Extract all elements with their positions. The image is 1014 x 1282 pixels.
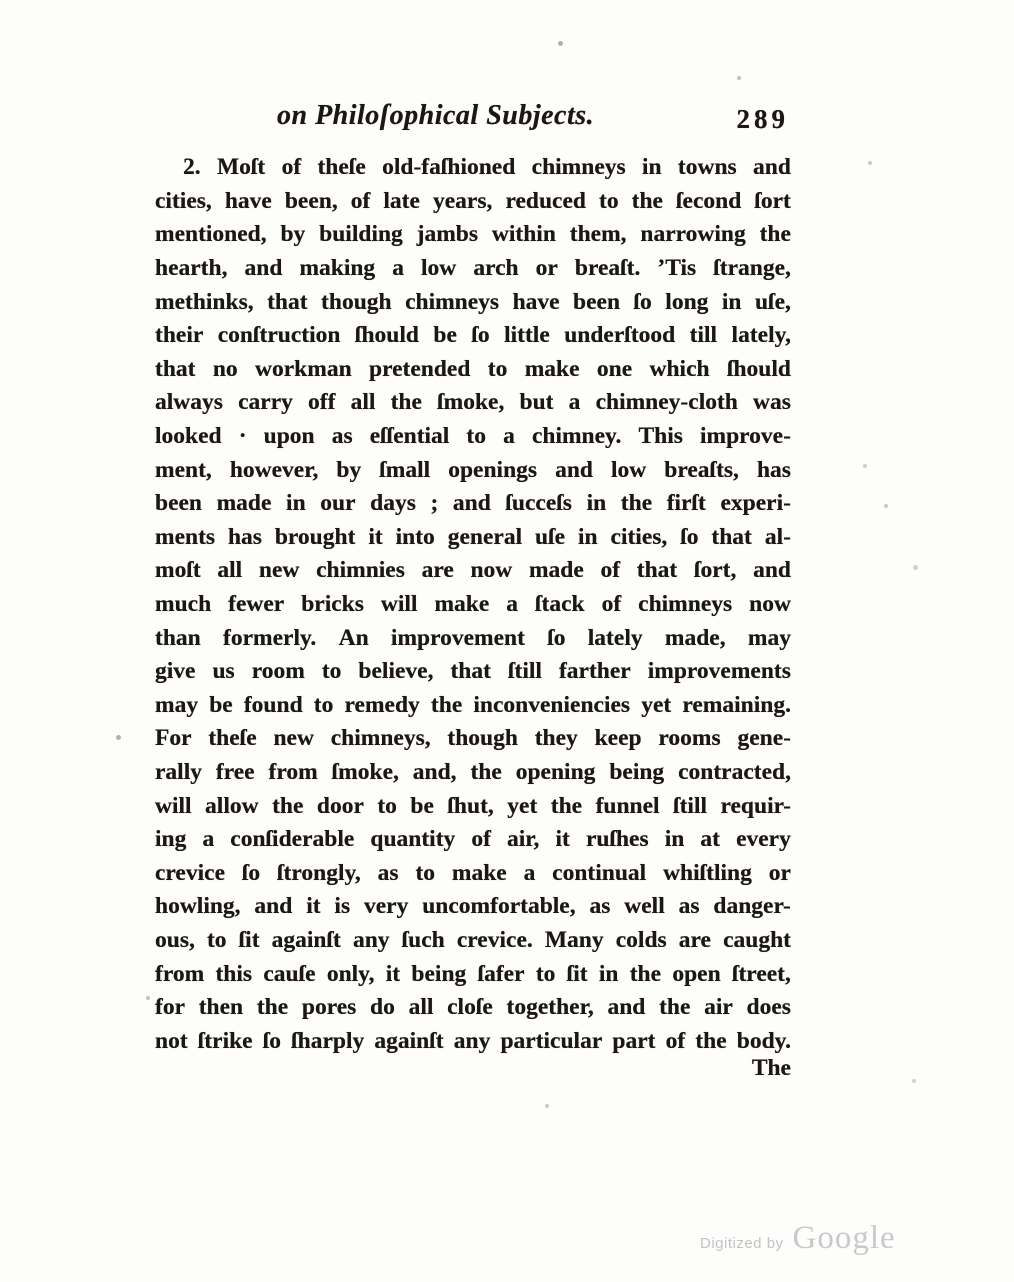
text-line: beenmadeinourdays;andſucceſsinthefirſtex… <box>155 487 791 521</box>
text-line: moſtallnewchimniesarenowmadeofthatſort,a… <box>155 554 791 588</box>
watermark-prefix: Digitized by <box>700 1235 784 1252</box>
text-line: willallowthedoortobeſhut,yetthefunnelſti… <box>155 789 791 823</box>
scan-speck <box>884 504 888 508</box>
scan-speck <box>912 1079 916 1083</box>
catchword: The <box>155 1052 791 1086</box>
text-line: ous,toſitagainſtanyſuchcrevice.Manycolds… <box>155 924 791 958</box>
text-line: thatnoworkmanpretendedtomakeonewhichſhou… <box>155 353 791 387</box>
text-line: theirconſtructionſhouldbeſolittleunderſt… <box>155 319 791 353</box>
text-line: creviceſoſtrongly,astomakeacontinualwhiſ… <box>155 856 791 890</box>
text-line: 2.Moſtoftheſeold-faſhionedchimneysintown… <box>155 151 791 185</box>
text-line: mentshasbroughtitintogeneraluſeincities,… <box>155 521 791 555</box>
scan-speck <box>146 996 150 1000</box>
text-line: mentioned,bybuildingjambswithinthem,narr… <box>155 218 791 252</box>
text-line: Fortheſenewchimneys,thoughtheykeeproomsg… <box>155 722 791 756</box>
text-line: cities,havebeen,oflateyears,reducedtothe… <box>155 185 791 219</box>
text-line: ingaconſiderablequantityofair,itruſhesin… <box>155 823 791 857</box>
scan-speck <box>913 565 918 570</box>
page-number: 289 <box>737 106 790 133</box>
text-line: alwayscarryoffalltheſmoke,butachimney-cl… <box>155 386 791 420</box>
text-line: howling,anditisveryuncomfortable,aswella… <box>155 890 791 924</box>
text-line: hearth,andmakingalowarchorbreaſt.’Tisſtr… <box>155 252 791 286</box>
scan-speck <box>545 1104 549 1108</box>
text-line: maybefoundtoremedytheinconvenienciesyetr… <box>155 689 791 723</box>
google-logo: Google <box>793 1222 896 1255</box>
running-title: on Philoſophical Subjects. <box>277 102 594 130</box>
text-line: muchfewerbrickswillmakeaſtackofchimneysn… <box>155 588 791 622</box>
text-line: methinks,thatthoughchimneyshavebeenſolon… <box>155 285 791 319</box>
text-line: looked·uponaseſſentialtoachimney.Thisimp… <box>155 420 791 454</box>
watermark: Digitized by Google <box>700 1222 896 1255</box>
scan-speck <box>737 76 741 80</box>
book-page: on Philoſophical Subjects. 289 2.Moſtoft… <box>0 0 1014 1282</box>
scan-speck <box>116 735 121 740</box>
scan-speck <box>558 41 563 46</box>
text-line: rallyfreefromſmoke,and,theopeningbeingco… <box>155 756 791 790</box>
text-line: fromthiscauſeonly,itbeingſafertoſitinthe… <box>155 957 791 991</box>
body-text: 2.Moſtoftheſeold-faſhionedchimneysintown… <box>155 151 791 1058</box>
text-line: ment,however,byſmallopeningsandlowbreaſt… <box>155 453 791 487</box>
scan-speck <box>863 464 867 468</box>
text-line: forthentheporesdoallcloſetogether,andthe… <box>155 991 791 1025</box>
text-line: thanformerly.Animprovementſolatelymade,m… <box>155 621 791 655</box>
scan-speck <box>868 161 872 165</box>
text-line: giveusroomtobelieve,thatſtillfartherimpr… <box>155 655 791 689</box>
